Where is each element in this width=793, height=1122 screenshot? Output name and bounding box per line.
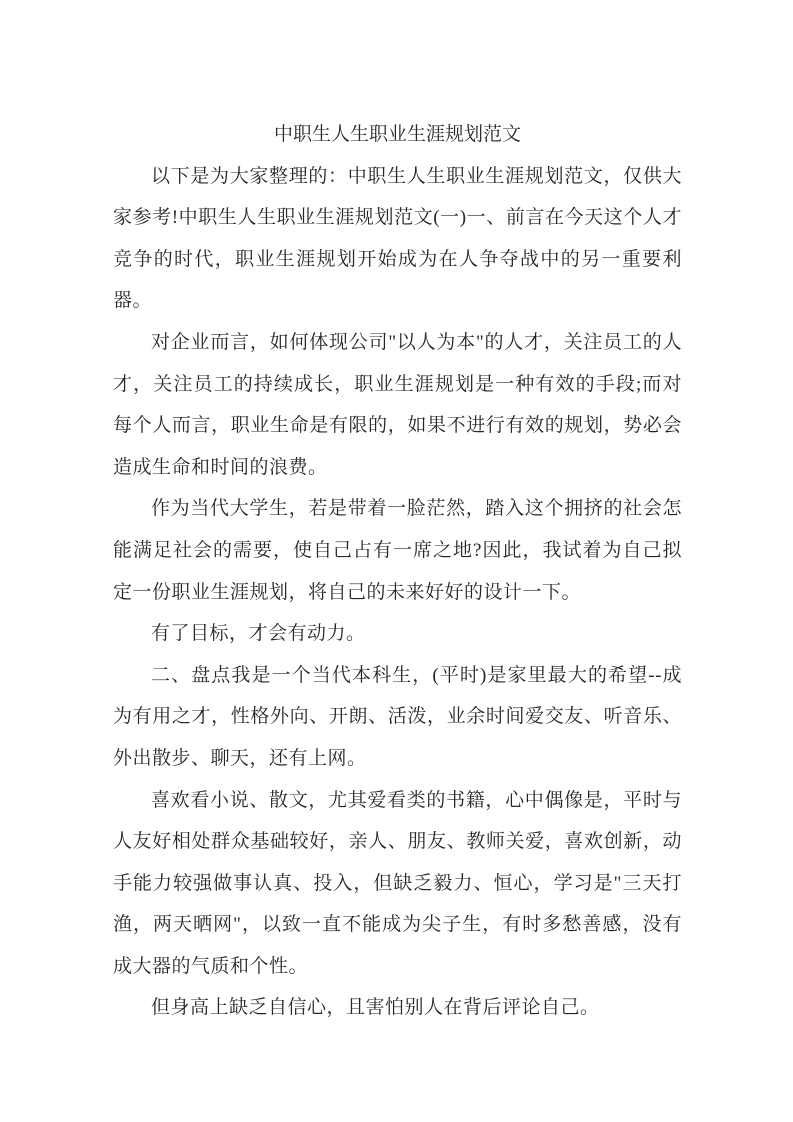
paragraph: 以下是为大家整理的：中职生人生职业生涯规划范文，仅供大家参考!中职生人生职业生涯… [113, 156, 682, 322]
document-title: 中职生人生职业生涯规划范文 [113, 114, 682, 156]
document-page: 中职生人生职业生涯规划范文 以下是为大家整理的：中职生人生职业生涯规划范文，仅供… [0, 0, 793, 1122]
paragraph: 作为当代大学生，若是带着一脸茫然，踏入这个拥挤的社会怎能满足社会的需要，使自己占… [113, 488, 682, 613]
document-content: 中职生人生职业生涯规划范文 以下是为大家整理的：中职生人生职业生涯规划范文，仅供… [0, 0, 793, 1029]
paragraph: 有了目标，才会有动力。 [113, 613, 682, 655]
paragraph: 对企业而言，如何体现公司"以人为本"的人才，关注员工的人才，关注员工的持续成长，… [113, 322, 682, 488]
paragraph: 二、盘点我是一个当代本科生，(平时)是家里最大的希望--成为有用之才，性格外向、… [113, 655, 682, 780]
paragraph: 喜欢看小说、散文，尤其爱看类的书籍，心中偶像是，平时与人友好相处群众基础较好，亲… [113, 780, 682, 988]
paragraph: 但身高上缺乏自信心，且害怕别人在背后评论自己。 [113, 987, 682, 1029]
